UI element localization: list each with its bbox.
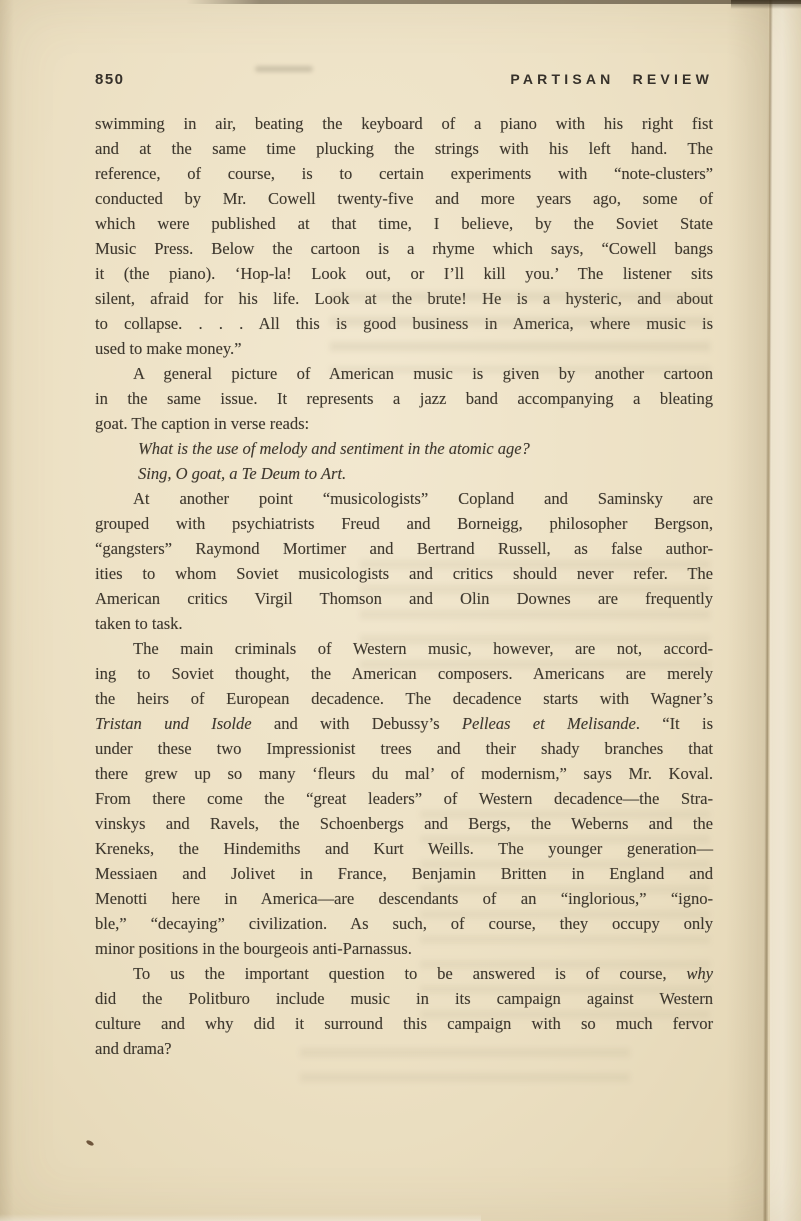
text-line: To us the important question to be answe… (95, 961, 713, 986)
text-segment: Menotti here in America—are descendants … (95, 889, 713, 908)
text-line: ing to Soviet thought, the American comp… (95, 661, 713, 686)
text-line: reference, of course, is to certain expe… (95, 161, 713, 186)
text-segment: ing to Soviet thought, the American comp… (95, 664, 713, 683)
text-line: What is the use of melody and sentiment … (138, 436, 713, 461)
text-segment: taken to task. (95, 614, 183, 633)
text-segment: and at the same time plucking the string… (95, 139, 713, 158)
text-segment: Sing, O goat, a Te Deum to Art. (138, 464, 346, 483)
text-line: minor positions in the bourgeois anti-Pa… (95, 936, 713, 961)
text-line: “gangsters” Raymond Mortimer and Bertran… (95, 536, 713, 561)
text-segment: Messiaen and Jolivet in France, Benjamin… (95, 864, 713, 883)
text-segment: goat. The caption in verse reads: (95, 414, 309, 433)
page-gutter-shadow (726, 0, 768, 1221)
scanned-journal-page: 850 PARTISAN REVIEW swimming in air, bea… (0, 0, 801, 1221)
text-segment: which were published at that time, I bel… (95, 214, 713, 233)
text-line: silent, afraid for his life. Look at the… (95, 286, 713, 311)
text-line: ble,” “decaying” civilization. As such, … (95, 911, 713, 936)
text-segment: reference, of course, is to certain expe… (95, 164, 713, 183)
text-segment: and with Debussy’s (252, 714, 462, 733)
text-line: ities to whom Soviet musicologists and c… (95, 561, 713, 586)
verse-paragraph: What is the use of melody and sentiment … (95, 436, 713, 486)
text-segment: Music Press. Below the cartoon is a rhym… (95, 239, 713, 258)
text-segment: From there come the “great leaders” of W… (95, 789, 713, 808)
text-line: Kreneks, the Hindemiths and Kurt Weills.… (95, 836, 713, 861)
text-segment: Kreneks, the Hindemiths and Kurt Weills.… (95, 839, 713, 858)
text-line: The main criminals of Western music, how… (95, 636, 713, 661)
text-segment: did the Politburo include music in its c… (95, 989, 713, 1008)
paragraph: A general picture of American music is g… (95, 361, 713, 436)
text-segment: conducted by Mr. Cowell twenty-five and … (95, 189, 713, 208)
text-line: and drama? (95, 1036, 713, 1061)
page-corner-shadow (731, 0, 801, 9)
text-line: conducted by Mr. Cowell twenty-five and … (95, 186, 713, 211)
text-segment: culture and why did it surround this cam… (95, 1014, 713, 1033)
text-segment: and drama? (95, 1039, 172, 1058)
text-line: there grew up so many ‘fleurs du mal’ of… (95, 761, 713, 786)
text-segment: American critics Virgil Thomson and Olin… (95, 589, 713, 608)
text-segment: the heirs of European decadence. The dec… (95, 689, 713, 708)
text-line: culture and why did it surround this cam… (95, 1011, 713, 1036)
text-segment: At another point “musicologists” Copland… (133, 489, 713, 508)
text-segment: “gangsters” Raymond Mortimer and Bertran… (95, 539, 713, 558)
page-edge-left-shadow (0, 0, 14, 1221)
text-line: used to make money.” (95, 336, 713, 361)
scan-smudge (255, 66, 313, 72)
paragraph: swimming in air, beating the keyboard of… (95, 111, 713, 361)
text-block: swimming in air, beating the keyboard of… (95, 111, 713, 1061)
text-segment: grouped with psychiatrists Freud and Bor… (95, 514, 713, 533)
text-segment: Tristan und Isolde (95, 714, 252, 733)
text-segment: What is the use of melody and sentiment … (138, 439, 530, 458)
text-line: goat. The caption in verse reads: (95, 411, 713, 436)
text-segment: in the same issue. It represents a jazz … (95, 389, 713, 408)
text-segment: vinskys and Ravels, the Schoenbergs and … (95, 814, 713, 833)
text-line: Music Press. Below the cartoon is a rhym… (95, 236, 713, 261)
text-line: which were published at that time, I bel… (95, 211, 713, 236)
text-line: Messiaen and Jolivet in France, Benjamin… (95, 861, 713, 886)
text-line: under these two Impressionist trees and … (95, 736, 713, 761)
text-line: Menotti here in America—are descendants … (95, 886, 713, 911)
text-segment: . “It is (636, 714, 713, 733)
paragraph: The main criminals of Western music, how… (95, 636, 713, 961)
text-line: Tristan und Isolde and with Debussy’s Pe… (95, 711, 713, 736)
text-segment: The main criminals of Western music, how… (133, 639, 713, 658)
text-segment: Pelleas et Melisande (462, 714, 636, 733)
text-line: in the same issue. It represents a jazz … (95, 386, 713, 411)
text-segment: ities to whom Soviet musicologists and c… (95, 564, 713, 583)
text-line: and at the same time plucking the string… (95, 136, 713, 161)
text-segment: silent, afraid for his life. Look at the… (95, 289, 713, 308)
text-line: the heirs of European decadence. The dec… (95, 686, 713, 711)
text-line: it (the piano). ‘Hop-la! Look out, or I’… (95, 261, 713, 286)
text-line: to collapse. . . . All this is good busi… (95, 311, 713, 336)
text-segment: used to make money.” (95, 339, 241, 358)
text-line: did the Politburo include music in its c… (95, 986, 713, 1011)
text-segment: To us the important question to be answe… (133, 964, 686, 983)
text-segment: to collapse. . . . All this is good busi… (95, 314, 713, 333)
page-edge-right (770, 0, 801, 1221)
journal-title: PARTISAN REVIEW (510, 71, 713, 87)
paragraph: To us the important question to be answe… (95, 961, 713, 1061)
page-edge-bottom-highlight (0, 1214, 481, 1221)
text-line: From there come the “great leaders” of W… (95, 786, 713, 811)
text-line: At another point “musicologists” Copland… (95, 486, 713, 511)
text-line: taken to task. (95, 611, 713, 636)
text-line: American critics Virgil Thomson and Olin… (95, 586, 713, 611)
ink-speck (86, 1139, 95, 1146)
page-number: 850 (95, 71, 125, 88)
text-line: vinskys and Ravels, the Schoenbergs and … (95, 811, 713, 836)
text-segment: ble,” “decaying” civilization. As such, … (95, 914, 713, 933)
paragraph: At another point “musicologists” Copland… (95, 486, 713, 636)
text-line: swimming in air, beating the keyboard of… (95, 111, 713, 136)
text-line: grouped with psychiatrists Freud and Bor… (95, 511, 713, 536)
text-segment: it (the piano). ‘Hop-la! Look out, or I’… (95, 264, 713, 283)
text-segment: there grew up so many ‘fleurs du mal’ of… (95, 764, 713, 783)
page-header: 850 PARTISAN REVIEW (95, 71, 713, 88)
text-segment: why (686, 964, 713, 983)
text-line: A general picture of American music is g… (95, 361, 713, 386)
text-line: Sing, O goat, a Te Deum to Art. (138, 461, 713, 486)
text-segment: swimming in air, beating the keyboard of… (95, 114, 713, 133)
text-segment: minor positions in the bourgeois anti-Pa… (95, 939, 412, 958)
text-segment: under these two Impressionist trees and … (95, 739, 713, 758)
page-edge-top-shadow (186, 0, 801, 4)
text-segment: A general picture of American music is g… (133, 364, 713, 383)
